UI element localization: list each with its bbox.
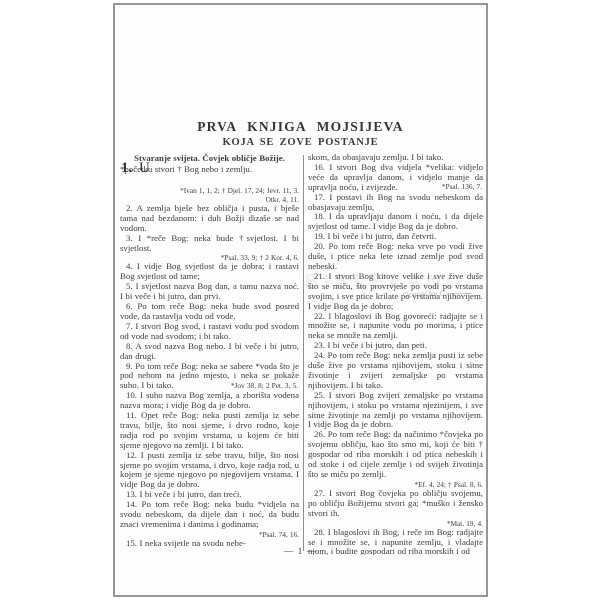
verse-paragraph: 4. I vidje Bog svjetlost da je dobra; i …	[120, 262, 299, 282]
book-title: PRVA KNJIGA MOJSIJEVA	[115, 119, 486, 135]
verse-paragraph: 3. I *reče Bog: neka bude †svjetlost. I …	[120, 234, 299, 254]
book-subtitle: KOJA SE ZOVE POSTANJE	[115, 137, 486, 148]
column-divider-rule	[303, 155, 304, 551]
verse-paragraph: 16. I stvori Bog dva vidjela *velika: vi…	[308, 163, 483, 193]
verse-paragraph: 11. Opet reče Bog: neka pusti zemlja iz …	[120, 411, 299, 451]
text-columns: Stvaranje svijeta. Čovjek obličje Božije…	[120, 153, 483, 555]
verse-paragraph: 21. I stvori Bog kitove velike i sve živ…	[308, 272, 483, 312]
verse-paragraph: 25. I stvori Bog zvijeri zemaljske po vr…	[308, 391, 483, 431]
verse-paragraph: 5. I svjetlost nazva Bog dan, a tamu naz…	[120, 282, 299, 302]
left-text-column: Stvaranje svijeta. Čovjek obličje Božije…	[120, 153, 299, 555]
verse-paragraph: 14. Po tom reče Bog: neka budu *vidjela …	[120, 500, 299, 530]
right-text-column: skom, da obasjavaju zemlju. I bi tako.16…	[308, 153, 483, 555]
verse-paragraph: 20. Po tom reče Bog: neka vrve po vodi ž…	[308, 242, 483, 272]
scanned-book-page: PRVA KNJIGA MOJSIJEVA KOJA SE ZOVE POSTA…	[113, 3, 488, 597]
verse-paragraph: 27. I stvori Bog čovjeka po obličju svoj…	[308, 489, 483, 519]
verse-paragraph: 2. A zemlja bješe bez obličja i pusta, i…	[120, 204, 299, 234]
verse-paragraph: 17. I postavi ih Bog na svodu nebeskom d…	[308, 193, 483, 213]
inline-cross-reference: *Psal. 136, 7.	[442, 182, 482, 192]
page-number: — 1 —	[115, 547, 486, 557]
verse-paragraph: 9. Po tom reče Bog: neka se sabere *voda…	[120, 362, 299, 392]
inline-cross-reference: *Jov 38, 8; 2 Pet. 3, 5.	[231, 381, 298, 391]
verse-paragraph: 18. I da upravljaju danom i noću, i da d…	[308, 212, 483, 232]
verse-paragraph-1: 1.U*početku stvori † Bog nebo i zemlju.	[120, 165, 299, 186]
verse-paragraph: 24. Po tom reče Bog: neka zemlja pusti i…	[308, 351, 483, 391]
verse-paragraph: 7. I stvori Bog svod, i rastavi vodu pod…	[120, 322, 299, 342]
column-gap	[299, 153, 308, 555]
verse-paragraph: 12. I pusti zemlja iz sebe travu, bilje,…	[120, 451, 299, 491]
drop-cap-letter: U	[139, 164, 150, 174]
verse-paragraph: 8. A svod nazva Bog nebo. I bi veče i bi…	[120, 342, 299, 362]
verse-paragraph: 22. I blagoslovi ih Bog govoreći: radjaj…	[308, 312, 483, 342]
section-heading: Stvaranje svijeta. Čovjek obličje Božije…	[130, 154, 288, 164]
cross-reference-line: *Ivan 1, 1, 2; † Djel. 17, 24; Jevr. 11,…	[120, 186, 299, 195]
verse-paragraph: 6. Po tom reče Bog: neka bude svod posre…	[120, 302, 299, 322]
verse-paragraph: 10. I suho nazva Bog zemlja, a zborišta …	[120, 391, 299, 411]
verse-paragraph: 26. Po tom reče Bog: da načinimo *čovjek…	[308, 430, 483, 480]
chapter-number: 1.	[121, 164, 132, 174]
